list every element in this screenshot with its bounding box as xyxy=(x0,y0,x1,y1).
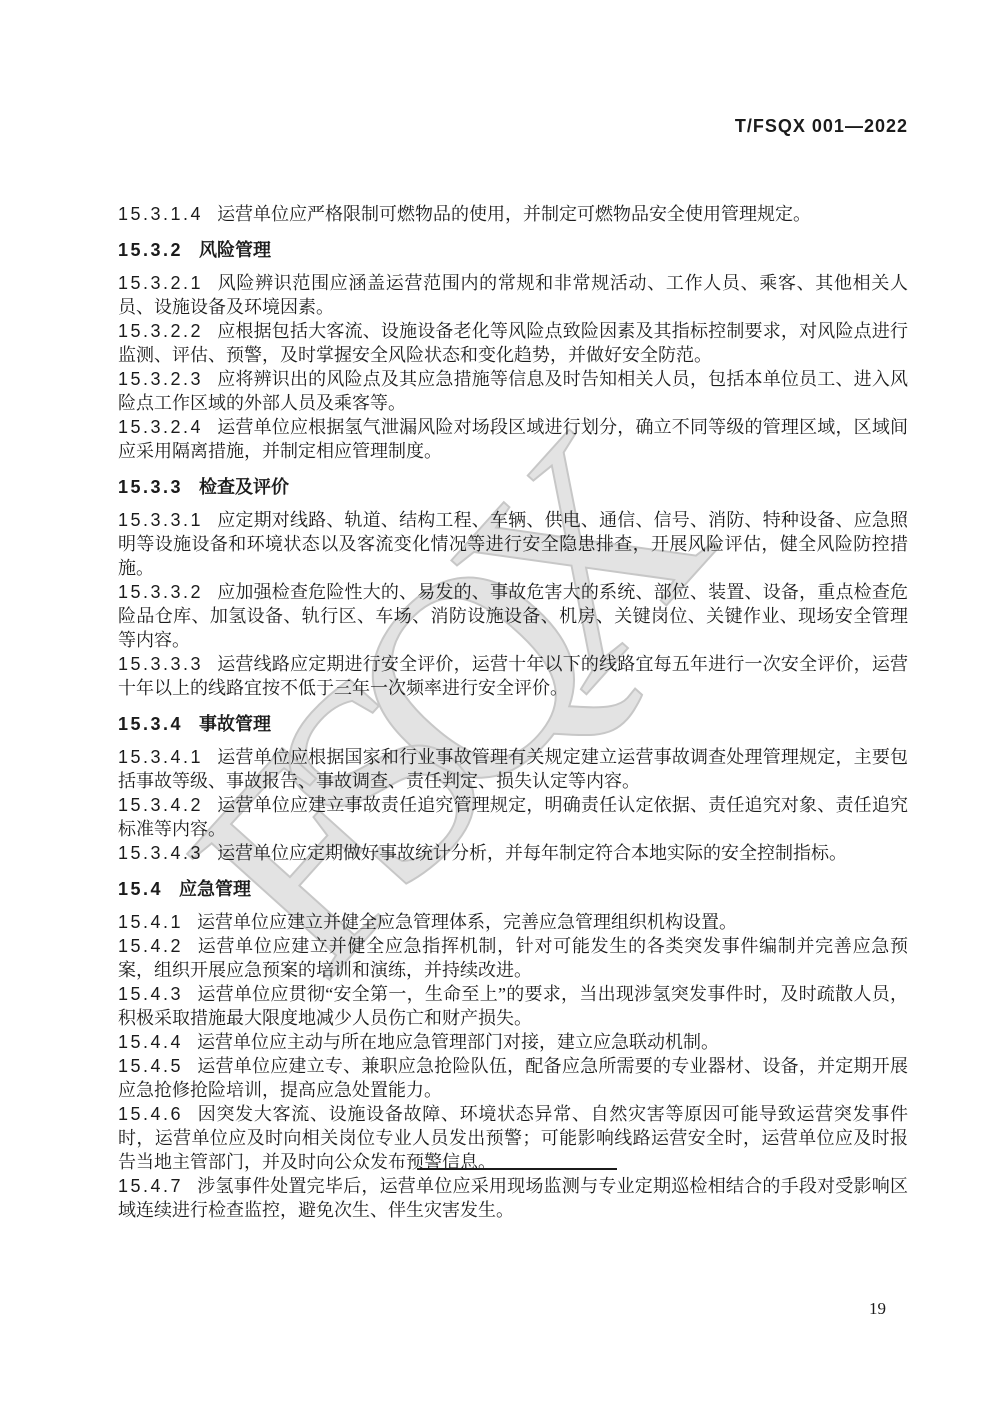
clause-number: 15.4.4 xyxy=(118,1032,183,1052)
clause-number: 15.3.3.3 xyxy=(118,654,203,674)
clause-number: 15.3.2.2 xyxy=(118,321,203,341)
clause-text: 运营单位应建立并健全应急指挥机制，针对可能发生的各类突发事件编制并完善应急预案，… xyxy=(118,936,908,980)
document-header: T/FSQX 001—2022 xyxy=(0,116,908,137)
clause-text: 运营单位应建立事故责任追究管理规定，明确责任认定依据、责任追究对象、责任追究标准… xyxy=(118,795,908,839)
clause-number: 15.3.2.1 xyxy=(118,273,203,293)
clause-paragraph: 15.4.7涉氢事件处置完毕后，运营单位应采用现场监测与专业定期巡检相结合的手段… xyxy=(118,1174,908,1222)
clause-paragraph: 15.3.3.1应定期对线路、轨道、结构工程、车辆、供电、通信、信号、消防、特种… xyxy=(118,508,908,580)
clause-paragraph: 15.3.1.4运营单位应严格限制可燃物品的使用，并制定可燃物品安全使用管理规定… xyxy=(118,202,908,226)
clause-text: 运营单位应建立并健全应急管理体系，完善应急管理组织机构设置。 xyxy=(197,912,737,932)
section-title: 事故管理 xyxy=(199,714,271,734)
clause-paragraph: 15.4.4运营单位应主动与所在地应急管理部门对接，建立应急联动机制。 xyxy=(118,1030,908,1054)
clause-paragraph: 15.3.4.3运营单位应定期做好事故统计分析，并每年制定符合本地实际的安全控制… xyxy=(118,841,908,865)
clause-text: 运营单位应根据氢气泄漏风险对场段区域进行划分，确立不同等级的管理区域，区域间应采… xyxy=(118,417,908,461)
section-number: 15.4 xyxy=(118,879,163,899)
clause-number: 15.4.2 xyxy=(118,936,183,956)
page-footer: 19 xyxy=(0,1299,886,1319)
section-heading: 15.3.4事故管理 xyxy=(118,712,908,736)
section-number: 15.3.3 xyxy=(118,477,183,497)
end-of-text-rule xyxy=(417,1168,617,1170)
section-number: 15.3.2 xyxy=(118,240,183,260)
clause-paragraph: 15.3.4.2运营单位应建立事故责任追究管理规定，明确责任认定依据、责任追究对… xyxy=(118,793,908,841)
clause-paragraph: 15.3.3.2应加强检查危险性大的、易发的、事故危害大的系统、部位、装置、设备… xyxy=(118,580,908,652)
section-heading: 15.3.3检查及评价 xyxy=(118,475,908,499)
clause-text: 运营单位应主动与所在地应急管理部门对接，建立应急联动机制。 xyxy=(197,1032,719,1052)
clause-paragraph: 15.3.2.2应根据包括大客流、设施设备老化等风险点致险因素及其指标控制要求，… xyxy=(118,319,908,367)
clause-paragraph: 15.4.5运营单位应建立专、兼职应急抢险队伍，配备应急所需要的专业器材、设备，… xyxy=(118,1054,908,1102)
clause-text: 风险辨识范围应涵盖运营范围内的常规和非常规活动、工作人员、乘客、其他相关人员、设… xyxy=(118,273,908,317)
clause-paragraph: 15.3.2.4运营单位应根据氢气泄漏风险对场段区域进行划分，确立不同等级的管理… xyxy=(118,415,908,463)
section-number: 15.3.4 xyxy=(118,714,183,734)
clause-paragraph: 15.3.3.3运营线路应定期进行安全评价，运营十年以下的线路宜每五年进行一次安… xyxy=(118,652,908,700)
clause-number: 15.4.7 xyxy=(118,1176,183,1196)
clause-number: 15.3.4.2 xyxy=(118,795,203,815)
clause-number: 15.3.1.4 xyxy=(118,204,203,224)
clause-text: 运营单位应贯彻“安全第一，生命至上”的要求，当出现涉氢突发事件时，及时疏散人员，… xyxy=(118,984,908,1028)
clause-text: 应根据包括大客流、设施设备老化等风险点致险因素及其指标控制要求，对风险点进行监测… xyxy=(118,321,908,365)
clause-number: 15.4.1 xyxy=(118,912,183,932)
clause-text: 应加强检查危险性大的、易发的、事故危害大的系统、部位、装置、设备，重点检查危险品… xyxy=(118,582,908,650)
clause-paragraph: 15.3.2.3应将辨识出的风险点及其应急措施等信息及时告知相关人员，包括本单位… xyxy=(118,367,908,415)
clause-paragraph: 15.4.3运营单位应贯彻“安全第一，生命至上”的要求，当出现涉氢突发事件时，及… xyxy=(118,982,908,1030)
clause-text: 应定期对线路、轨道、结构工程、车辆、供电、通信、信号、消防、特种设备、应急照明等… xyxy=(118,510,908,578)
standard-document-page: FSQX T/FSQX 001—2022 15.3.1.4运营单位应严格限制可燃… xyxy=(0,0,1000,1414)
clause-paragraph: 15.3.4.1运营单位应根据国家和行业事故管理有关规定建立运营事故调查处理管理… xyxy=(118,745,908,793)
clause-text: 因突发大客流、设施设备故障、环境状态异常、自然灾害等原因可能导致运营突发事件时，… xyxy=(118,1104,908,1172)
clause-paragraph: 15.3.2.1风险辨识范围应涵盖运营范围内的常规和非常规活动、工作人员、乘客、… xyxy=(118,271,908,319)
page-number: 19 xyxy=(869,1299,886,1318)
section-heading: 15.3.2风险管理 xyxy=(118,238,908,262)
section-heading: 15.4应急管理 xyxy=(118,877,908,901)
clause-number: 15.4.6 xyxy=(118,1104,183,1124)
section-title: 风险管理 xyxy=(199,240,271,260)
clause-text: 运营单位应建立专、兼职应急抢险队伍，配备应急所需要的专业器材、设备，并定期开展应… xyxy=(118,1056,908,1100)
clause-text: 运营单位应定期做好事故统计分析，并每年制定符合本地实际的安全控制指标。 xyxy=(217,843,847,863)
section-title: 检查及评价 xyxy=(199,477,289,497)
section-title: 应急管理 xyxy=(179,879,251,899)
clause-number: 15.3.3.1 xyxy=(118,510,203,530)
clause-paragraph: 15.4.2运营单位应建立并健全应急指挥机制，针对可能发生的各类突发事件编制并完… xyxy=(118,934,908,982)
clause-text: 涉氢事件处置完毕后，运营单位应采用现场监测与专业定期巡检相结合的手段对受影响区域… xyxy=(118,1176,908,1220)
clause-text: 运营单位应严格限制可燃物品的使用，并制定可燃物品安全使用管理规定。 xyxy=(217,204,811,224)
clause-text: 运营单位应根据国家和行业事故管理有关规定建立运营事故调查处理管理规定，主要包括事… xyxy=(118,747,908,791)
clause-paragraph: 15.4.6因突发大客流、设施设备故障、环境状态异常、自然灾害等原因可能导致运营… xyxy=(118,1102,908,1174)
clause-number: 15.4.5 xyxy=(118,1056,183,1076)
clause-number: 15.3.2.3 xyxy=(118,369,203,389)
standard-number: T/FSQX 001—2022 xyxy=(735,116,908,136)
clause-number: 15.3.2.4 xyxy=(118,417,203,437)
clause-number: 15.3.4.3 xyxy=(118,843,203,863)
clause-text: 应将辨识出的风险点及其应急措施等信息及时告知相关人员，包括本单位员工、进入风险点… xyxy=(118,369,908,413)
clause-number: 15.3.3.2 xyxy=(118,582,203,602)
clause-number: 15.4.3 xyxy=(118,984,183,1004)
clause-paragraph: 15.4.1运营单位应建立并健全应急管理体系，完善应急管理组织机构设置。 xyxy=(118,910,908,934)
clause-text: 运营线路应定期进行安全评价，运营十年以下的线路宜每五年进行一次安全评价，运营十年… xyxy=(118,654,908,698)
document-body: 15.3.1.4运营单位应严格限制可燃物品的使用，并制定可燃物品安全使用管理规定… xyxy=(118,202,908,1222)
clause-number: 15.3.4.1 xyxy=(118,747,203,767)
